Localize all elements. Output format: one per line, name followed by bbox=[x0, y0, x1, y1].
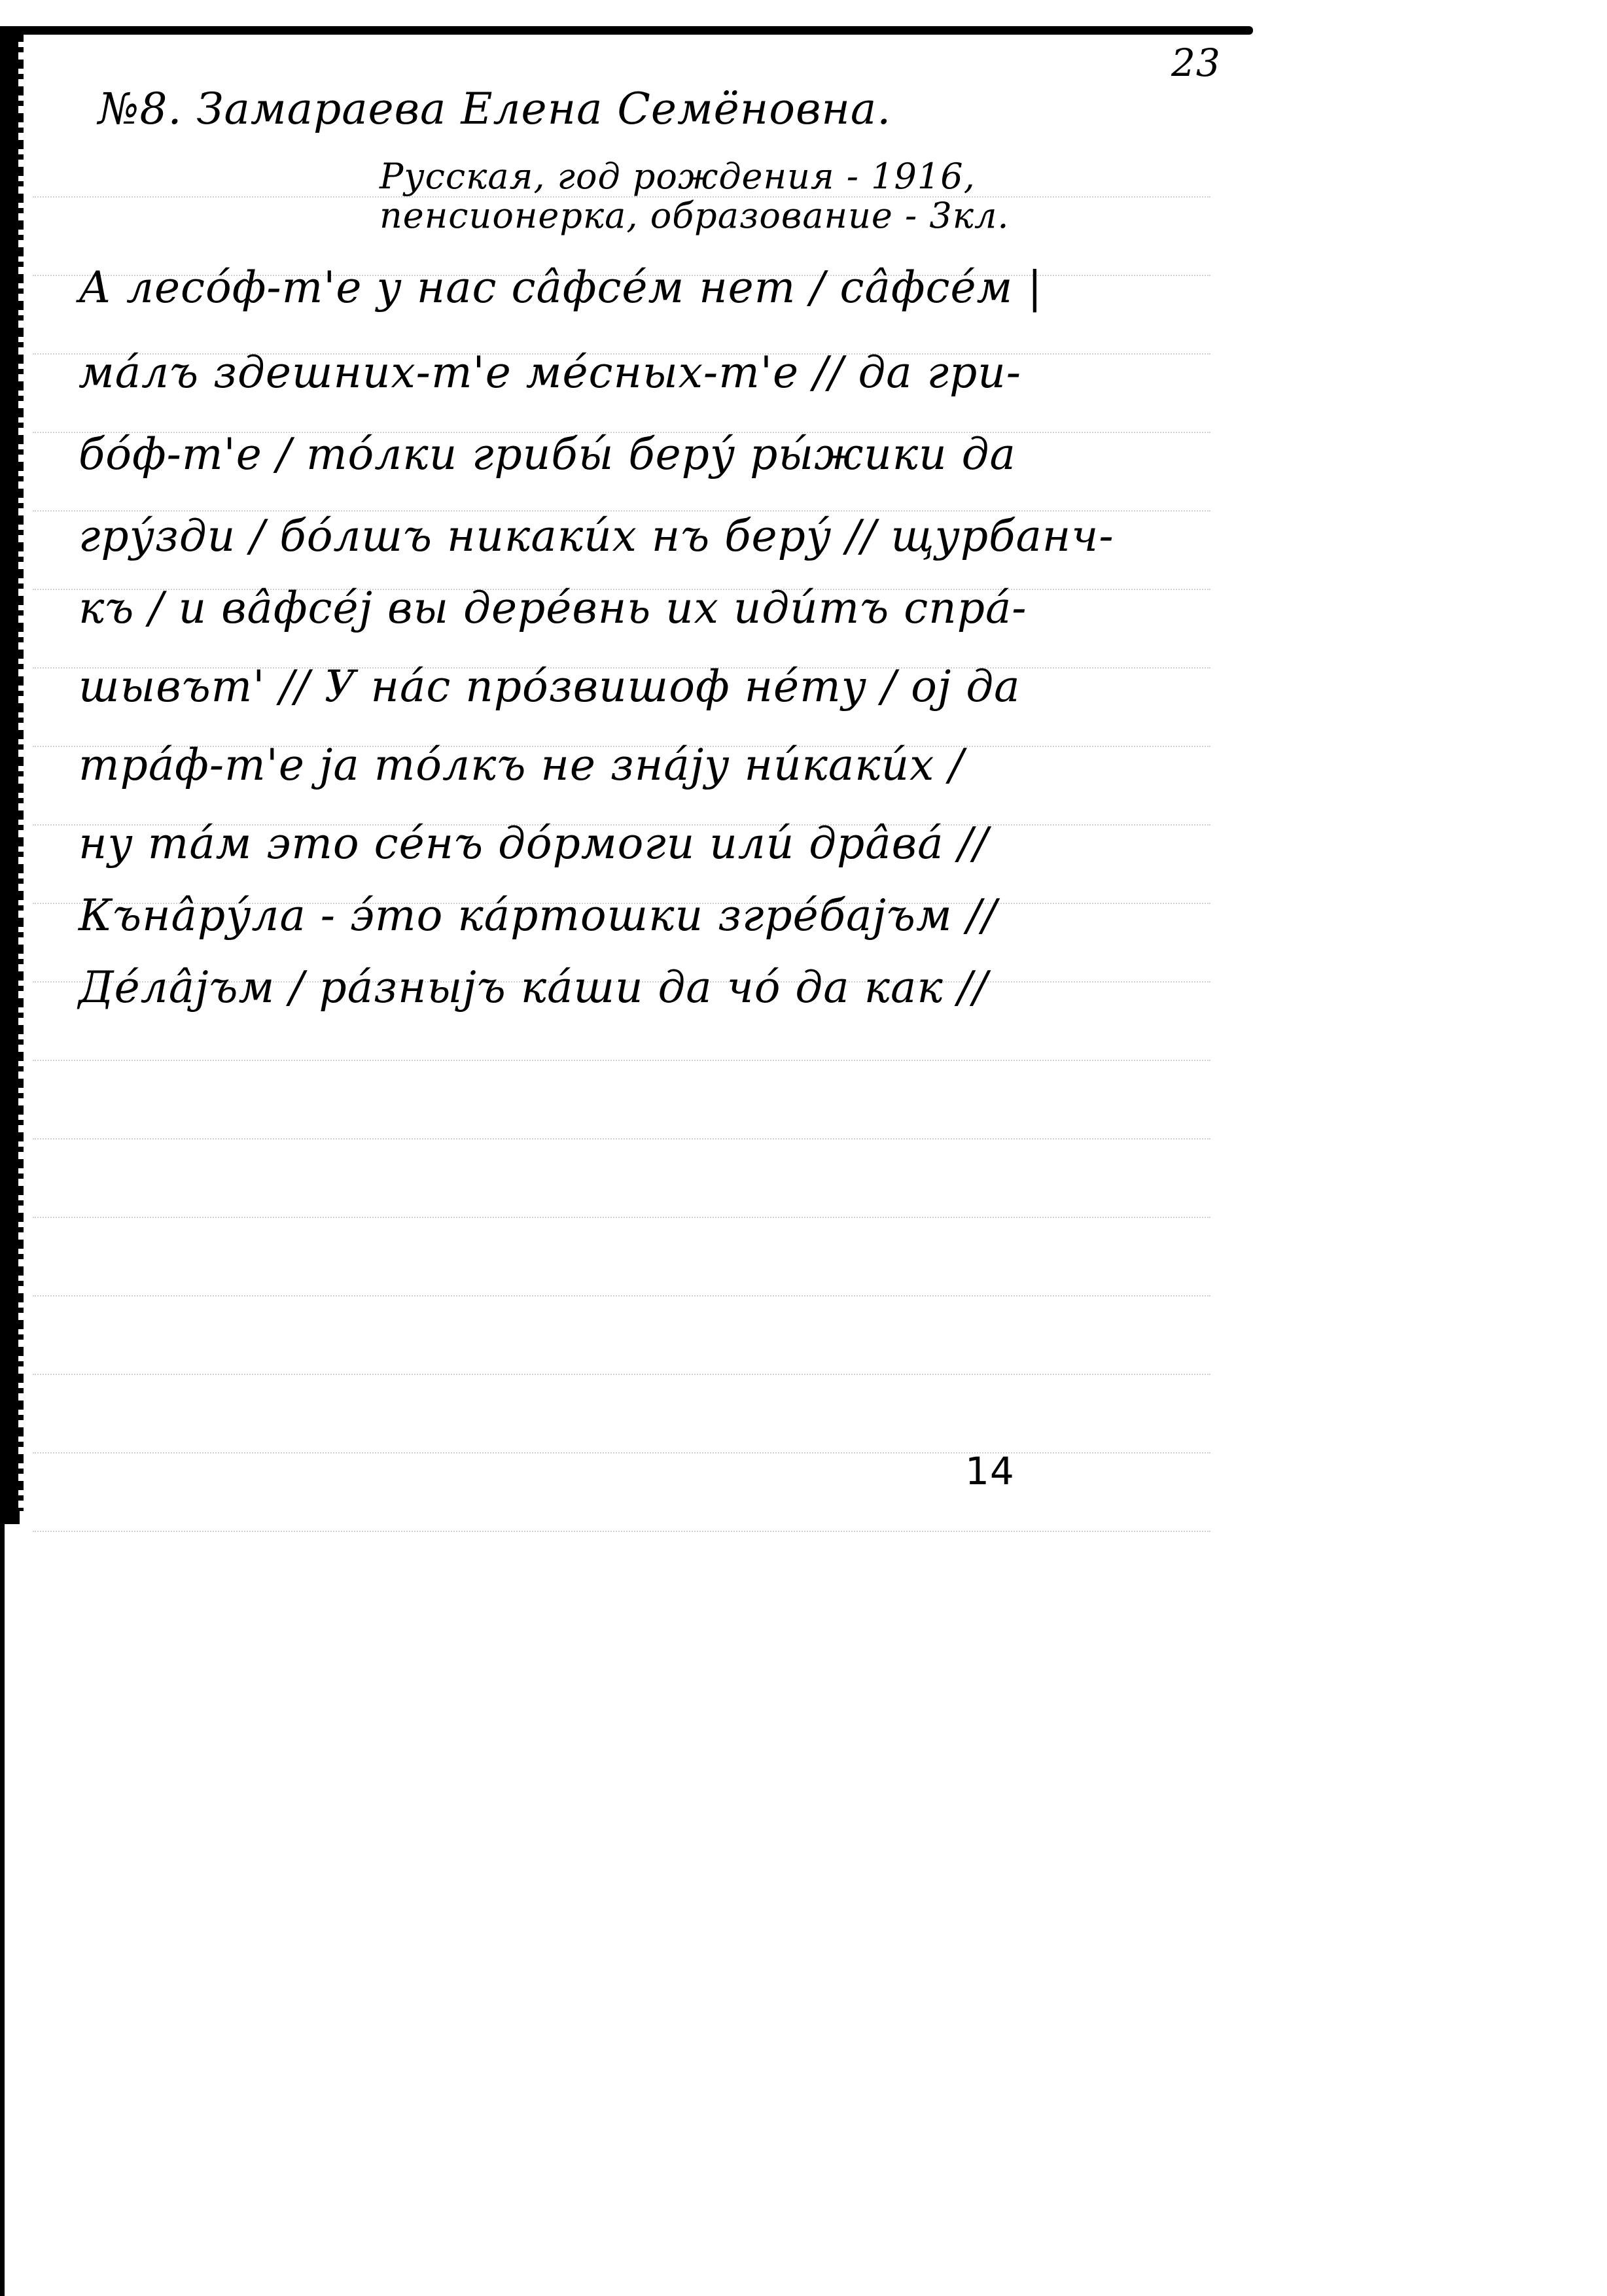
ruling-line bbox=[33, 1217, 1210, 1218]
sheet-number: 23 bbox=[1171, 41, 1221, 85]
ruling-line bbox=[33, 1374, 1210, 1375]
scan-left-edge-noise bbox=[18, 33, 24, 1511]
document-title: №8. Замараева Елена Семёновна. bbox=[98, 84, 891, 134]
transcript-line: къ / и ва̂фсе́j вы дере́внь их иди́тъ сп… bbox=[79, 582, 1027, 635]
scan-left-edge-tail bbox=[0, 1524, 5, 2296]
ruling-line bbox=[33, 1452, 1210, 1453]
informant-info-line-2: пенсионерка, образование - 3кл. bbox=[380, 196, 1010, 235]
ruling-line bbox=[33, 1138, 1210, 1139]
transcript-line: Къна̂ру́ла - э́то ка́ртошки згре́баjъм /… bbox=[79, 890, 997, 942]
page-number: 14 bbox=[965, 1449, 1015, 1493]
transcript-line: тра́ф-т'е ja то́лкъ не зна́jу ни́каки́х … bbox=[79, 739, 964, 791]
scan-top-edge bbox=[7, 26, 1253, 35]
informant-info-line-1: Русская, год рождения - 1916, bbox=[380, 157, 976, 196]
ruling-line bbox=[33, 1531, 1210, 1532]
transcript-line: шывът' // У на́с про́звишоф не́ту / оj д… bbox=[79, 661, 1021, 713]
transcript-line: Де́ла̂jъм / ра́зныjъ ка́ши да чо́ да как… bbox=[79, 962, 988, 1014]
transcript-line: ну та́м это се́нъ до́рмоги или́ дра̂ва́ … bbox=[79, 818, 989, 870]
ruling-line bbox=[33, 1295, 1210, 1296]
scanned-page: 23 №8. Замараева Елена Семёновна. Русска… bbox=[0, 0, 1607, 2296]
transcript-line: бо́ф-т'е / то́лки грибы́ беру́ ры́жики д… bbox=[79, 428, 1016, 481]
transcript-line: ма́лъ здешних-т'е ме́сных-т'е // да гри- bbox=[79, 347, 1021, 399]
transcript-line: гру́зди / бо́лшъ никаки́х нъ беру́ // щу… bbox=[79, 510, 1114, 563]
transcript-line: А лесо́ф-т'е у нас са̂фсе́м нет / са̂фсе… bbox=[79, 262, 1042, 314]
scan-left-edge bbox=[0, 26, 20, 1524]
ruling-line bbox=[33, 1060, 1210, 1061]
